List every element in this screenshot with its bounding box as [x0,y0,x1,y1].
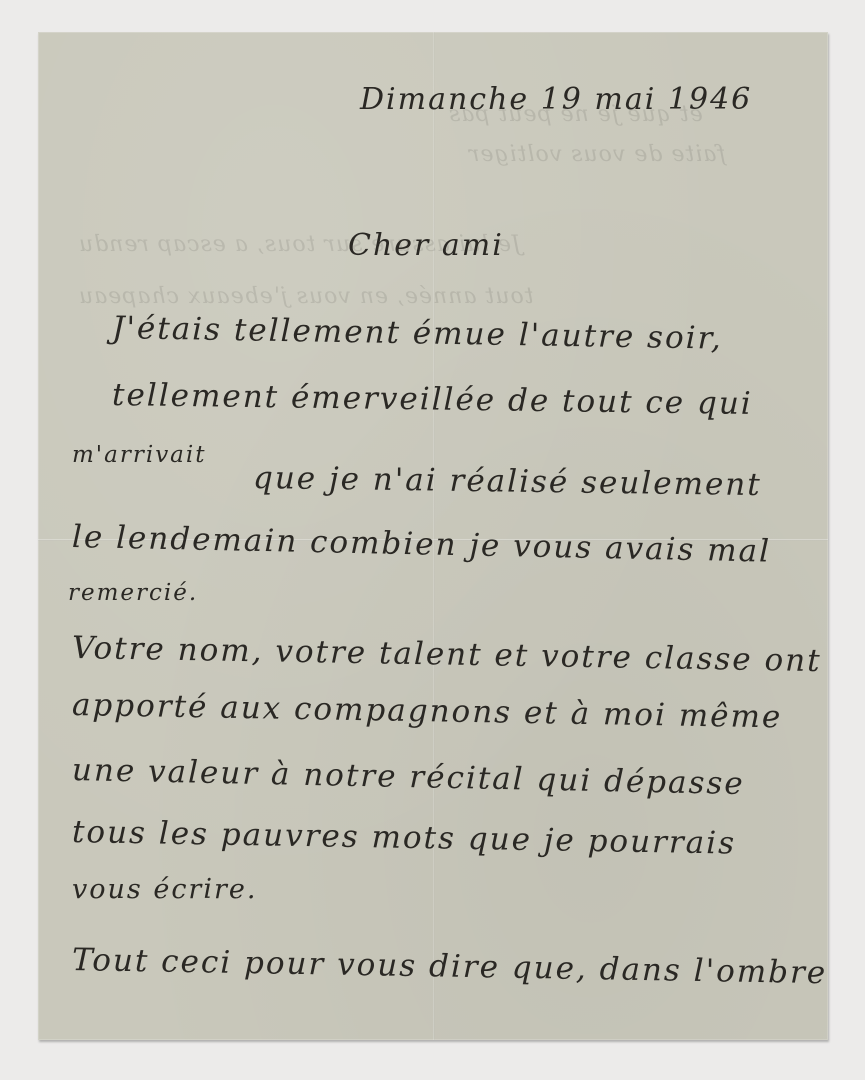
bleed-through-text: tout année, en vous j'ebeaux chapeau [78,284,534,309]
letter-line: tous les pauvres mots que je pourrais [72,814,737,862]
letter-line: apporté aux compagnons et à moi même [72,687,783,735]
letter-line: Votre nom, votre talent et votre classe … [72,630,822,679]
letter-line: vous écrire. [72,874,257,905]
letter-date: Dimanche 19 mai 1946 [360,82,752,117]
bleed-through-text: faite de vous voltiger [468,142,726,167]
letter-salutation: Cher ami [348,228,504,263]
letter-line: remercié. [68,580,198,606]
letter-line: une valeur à notre récital qui dépasse [72,752,745,802]
letter-paper: et que je ne peut pas faite de vous volt… [38,32,828,1040]
letter-line: que je n'ai réalisé seulement [253,460,762,503]
letter-line: tellement émerveillée de tout ce qui [112,377,753,422]
letter-line: J'étais tellement émue l'autre soir, [112,310,723,357]
letter-line: Tout ceci pour vous dire que, dans l'omb… [72,942,828,991]
letter-line: m'arrivait [72,442,207,468]
letter-line: le lendemain combien je vous avais mal [72,519,772,570]
